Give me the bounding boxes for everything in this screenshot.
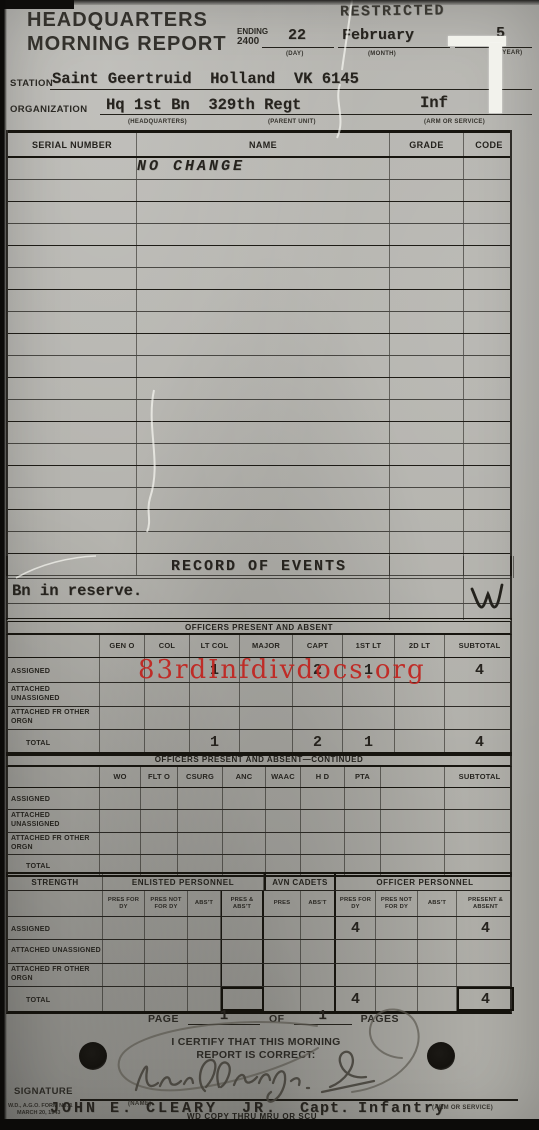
strength-subcol: PRES (264, 891, 301, 916)
strength-cell: 4 (457, 917, 514, 939)
officers-cell (145, 730, 190, 754)
officers-continued-cell (100, 788, 141, 809)
officers-cell (445, 707, 514, 729)
strength-cell (336, 964, 376, 986)
officers-continued-cell (100, 810, 141, 832)
strength-cell (145, 917, 188, 939)
officers-continued-cell (266, 833, 301, 854)
officers-cell: 1 (190, 658, 240, 682)
officers-continued-row: ASSIGNED (8, 788, 510, 810)
strength-cell (188, 964, 221, 986)
roster-col-grade: GRADE (390, 133, 464, 156)
continued-col: ANC (223, 767, 266, 787)
officers-continued-cell (178, 810, 223, 832)
strength-row-label: ATTACHED FR OTHER ORGN (8, 964, 103, 986)
strength-cell (103, 940, 145, 963)
roster-empty-row (8, 466, 510, 488)
roster-empty-row (8, 444, 510, 466)
form-title-line1: HEADQUARTERS (27, 9, 208, 32)
officers-cell (395, 658, 445, 682)
roster-empty-row (8, 224, 510, 246)
no-change-entry: NO CHANGE (137, 158, 390, 179)
roster-empty-row (8, 246, 510, 268)
day-sublabel: (DAY) (286, 51, 304, 57)
strength-row: ATTACHED FR OTHER ORGN (8, 964, 510, 987)
roster-table: SERIAL NUMBER NAME GRADE CODE NO CHANGE (6, 130, 512, 576)
strength-cell (264, 940, 301, 963)
officers-continued-row-label: ATTACHED UNASSIGNED (8, 810, 100, 832)
strength-cell (188, 940, 221, 963)
month-line (338, 30, 450, 48)
strength-cell: 4 (457, 987, 514, 1011)
photo-edge-bottom (0, 1119, 539, 1130)
strength-row-label: ATTACHED UNASSIGNED (8, 940, 103, 963)
officers-continued-cell (223, 788, 266, 809)
officers-band-title: OFFICERS PRESENT AND ABSENT (6, 618, 512, 635)
group-officer: OFFICER PERSONNEL (336, 874, 514, 890)
events-entry-row: Bn in reserve. (8, 579, 510, 604)
officers-row: TOTAL1214 (8, 730, 510, 754)
certify-line1: I CERTIFY THAT THIS MORNING (140, 1036, 372, 1049)
strength-cell (145, 964, 188, 986)
strength-row-label: ASSIGNED (8, 917, 103, 939)
officers-cell: 2 (293, 658, 343, 682)
strength-cell (103, 964, 145, 986)
officers-continued-table: WO FLT O CSURG ANC WAAC H D PTA SUBTOTAL… (6, 767, 512, 877)
officers-row: ATTACHED FR OTHER ORGN (8, 707, 510, 730)
strength-cell (264, 917, 301, 939)
roster-empty-row (8, 268, 510, 290)
officers-table: GEN O COL LT COL MAJOR CAPT 1ST LT 2D LT… (6, 635, 512, 756)
form-title-line2: MORNING REPORT (27, 33, 227, 56)
strength-row-label: TOTAL (8, 987, 103, 1011)
officers-continued-header-row: WO FLT O CSURG ANC WAAC H D PTA SUBTOTAL (8, 767, 510, 788)
officers-cell (293, 683, 343, 706)
roster-col-code: CODE (464, 133, 514, 156)
officers-cell (445, 683, 514, 706)
strength-group-header: STRENGTH ENLISTED PERSONNEL AVN CADETS O… (8, 874, 510, 891)
officers-continued-cell (345, 788, 381, 809)
officers-table-body: ASSIGNED1214ATTACHED UNASSIGNEDATTACHED … (8, 658, 510, 754)
strength-table-body: ASSIGNED44ATTACHED UNASSIGNEDATTACHED FR… (8, 917, 510, 1011)
officers-continued-cell (345, 833, 381, 854)
of-label: OF (269, 1013, 285, 1025)
officers-col: LT COL (190, 635, 240, 657)
group-avn-cadets: AVN CADETS (264, 874, 336, 890)
roster-empty-row (8, 356, 510, 378)
roster-empty-row (8, 532, 510, 554)
continued-col: CSURG (178, 767, 223, 787)
officers-cell (240, 658, 293, 682)
strength-cell (418, 964, 457, 986)
officers-row-label: ASSIGNED (8, 658, 100, 682)
punch-hole-right (427, 1042, 455, 1070)
ending-time: 2400 (237, 36, 259, 47)
continued-col: WO (100, 767, 141, 787)
strength-cell (376, 940, 418, 963)
strength-table: STRENGTH ENLISTED PERSONNEL AVN CADETS O… (6, 872, 512, 1014)
roster-empty-row (8, 378, 510, 400)
events-title-row: RECORD OF EVENTS (8, 556, 510, 579)
officers-cell (100, 730, 145, 754)
continued-col: PTA (345, 767, 381, 787)
strength-cell (103, 917, 145, 939)
morning-report-sheet: HEADQUARTERS MORNING REPORT RESTRICTED E… (0, 0, 539, 1130)
strength-cell (301, 917, 336, 939)
roster-empty-row (8, 400, 510, 422)
officers-row-label: ATTACHED FR OTHER ORGN (8, 707, 100, 729)
strength-cell (301, 940, 336, 963)
officers-cell (395, 707, 445, 729)
officers-row-label: ATTACHED UNASSIGNED (8, 683, 100, 706)
officers-continued-cell (345, 810, 381, 832)
officers-continued-cell (141, 788, 178, 809)
strength-row: ATTACHED UNASSIGNED (8, 940, 510, 964)
officers-continued-cell (178, 788, 223, 809)
officers-cell (343, 707, 395, 729)
strength-cell (418, 940, 457, 963)
events-entry: Bn in reserve. (12, 582, 142, 600)
continued-col: FLT O (141, 767, 178, 787)
roster-empty-row (8, 510, 510, 532)
officers-continued-body: ASSIGNEDATTACHED UNASSIGNEDATTACHED FR O… (8, 788, 510, 875)
strength-subcol: PRES FOR DY (103, 891, 145, 916)
station-line (50, 72, 532, 90)
roster-col-serial: SERIAL NUMBER (8, 133, 137, 156)
continued-col: H D (301, 767, 345, 787)
officers-cell (145, 707, 190, 729)
roster-col-name: NAME (137, 133, 390, 156)
officers-col: GEN O (100, 635, 145, 657)
officers-cell (343, 683, 395, 706)
strength-cell (376, 964, 418, 986)
officers-cell: 4 (445, 658, 514, 682)
officers-cell (293, 707, 343, 729)
officers-col: SUBTOTAL (445, 635, 514, 657)
officers-col: MAJOR (240, 635, 293, 657)
roster-empty-row (8, 202, 510, 224)
roster-empty-row (8, 488, 510, 510)
continued-col: WAAC (266, 767, 301, 787)
officers-cell (240, 683, 293, 706)
organization-line (100, 97, 532, 115)
officers-cell (395, 730, 445, 754)
strength-cell: 4 (336, 917, 376, 939)
arm-service-sublabel-bottom: (ARM OR SERVICE) (432, 1105, 493, 1111)
strength-cell (221, 917, 264, 939)
strength-subheader-row: PRES FOR DY PRES NOT FOR DY ABS'T PRES &… (8, 891, 510, 917)
strength-cell (418, 987, 457, 1011)
strength-cell (301, 964, 336, 986)
record-of-events: RECORD OF EVENTS Bn in reserve. (6, 556, 512, 620)
strength-cell (457, 964, 514, 986)
officers-cell (145, 683, 190, 706)
strength-title: STRENGTH (8, 874, 103, 890)
continued-col (381, 767, 445, 787)
organization-label: ORGANIZATION (10, 104, 87, 115)
strength-cell (221, 964, 264, 986)
officers-continued-cell (141, 833, 178, 854)
officers-row-label: TOTAL (8, 730, 100, 754)
strength-cell (264, 964, 301, 986)
certify-statement: I CERTIFY THAT THIS MORNING REPORT IS CO… (140, 1036, 372, 1062)
strength-subcol: PRESENT & ABSENT (457, 891, 514, 916)
events-title: RECORD OF EVENTS (8, 558, 510, 575)
year-sublabel: (YEAR) (500, 50, 522, 56)
officers-continued-cell (445, 833, 514, 854)
officers-row: ASSIGNED1214 (8, 658, 510, 683)
officers-continued-cell (301, 810, 345, 832)
continued-col: SUBTOTAL (445, 767, 514, 787)
officers-continued-cell (178, 833, 223, 854)
officers-cell (240, 707, 293, 729)
punch-hole-left (79, 1042, 107, 1070)
strength-subcol: ABS'T (301, 891, 336, 916)
page-label: PAGE (148, 1013, 179, 1025)
officers-continued-cell (223, 810, 266, 832)
officers-cell (100, 707, 145, 729)
officers-continued-row-label: ATTACHED FR OTHER ORGN (8, 833, 100, 854)
officers-cell (100, 683, 145, 706)
officers-continued-row: ATTACHED FR OTHER ORGN (8, 833, 510, 855)
officers-continued-band-title: OFFICERS PRESENT AND ABSENT—CONTINUED (6, 752, 512, 767)
group-enlisted: ENLISTED PERSONNEL (103, 874, 264, 890)
strength-subcol: PRES NOT FOR DY (376, 891, 418, 916)
officers-continued-cell (301, 833, 345, 854)
officers-continued-cell (266, 810, 301, 832)
station-label: STATION (10, 78, 53, 89)
officers-col: CAPT (293, 635, 343, 657)
arm-service-sublabel: (ARM OR SERVICE) (424, 119, 485, 125)
white-tape-vertical (489, 43, 502, 113)
officers-continued-cell (381, 833, 445, 854)
strength-cell (103, 987, 145, 1011)
officers-cell: 1 (190, 730, 240, 754)
officers-cell: 4 (445, 730, 514, 754)
officers-continued-cell (381, 788, 445, 809)
officers-continued-cell (223, 833, 266, 854)
strength-cell (376, 917, 418, 939)
officers-cell (240, 730, 293, 754)
strength-cell (145, 940, 188, 963)
strength-subcol: PRES NOT FOR DY (145, 891, 188, 916)
officers-continued-cell (381, 810, 445, 832)
pages-value: 1 (294, 1008, 352, 1025)
roster-empty-row (8, 422, 510, 444)
certify-line2: REPORT IS CORRECT: (140, 1049, 372, 1062)
photo-edge-left (0, 0, 7, 1130)
officers-cell (395, 683, 445, 706)
officers-cell (190, 683, 240, 706)
officers-cell (100, 658, 145, 682)
strength-cell (418, 917, 457, 939)
photo-edge-top (0, 0, 539, 5)
month-sublabel: (MONTH) (368, 51, 396, 57)
officers-col: 2D LT (395, 635, 445, 657)
strength-subcol: PRES FOR DY (336, 891, 376, 916)
photo-edge-top-left (0, 0, 74, 9)
strength-cell (336, 940, 376, 963)
roster-header-row: SERIAL NUMBER NAME GRADE CODE (8, 130, 510, 158)
roster-row-no-change: NO CHANGE (8, 158, 510, 180)
strength-subcol: PRES & ABS'T (221, 891, 264, 916)
page-row: PAGE 1 OF 1 PAGES (148, 1008, 399, 1025)
roster-empty-row (8, 312, 510, 334)
strength-cell (457, 940, 514, 963)
officers-cell (190, 707, 240, 729)
strength-cell (221, 940, 264, 963)
officers-continued-row: ATTACHED UNASSIGNED (8, 810, 510, 833)
roster-body: NO CHANGE (8, 158, 510, 576)
officers-row: ATTACHED UNASSIGNED (8, 683, 510, 707)
officers-continued-cell (445, 788, 514, 809)
roster-empty-row (8, 180, 510, 202)
roster-empty-row (8, 334, 510, 356)
restricted-stamp: RESTRICTED (340, 2, 445, 20)
officers-continued-cell (445, 810, 514, 832)
parent-unit-sublabel: (PARENT UNIT) (268, 119, 316, 125)
officers-continued-row-label: ASSIGNED (8, 788, 100, 809)
officers-continued-cell (266, 788, 301, 809)
roster-empty-row (8, 290, 510, 312)
strength-cell (188, 917, 221, 939)
day-line (262, 30, 334, 48)
officers-cell: 2 (293, 730, 343, 754)
signature-label: SIGNATURE (14, 1086, 73, 1097)
officers-cell: 1 (343, 658, 395, 682)
officers-continued-cell (100, 833, 141, 854)
officers-cell: 1 (343, 730, 395, 754)
officers-header-row: GEN O COL LT COL MAJOR CAPT 1ST LT 2D LT… (8, 635, 510, 658)
strength-row: ASSIGNED44 (8, 917, 510, 940)
headquarters-sublabel: (HEADQUARTERS) (128, 119, 187, 125)
strength-subcol: ABS'T (188, 891, 221, 916)
officers-continued-cell (301, 788, 345, 809)
officers-col: COL (145, 635, 190, 657)
page-value: 1 (188, 1008, 260, 1025)
officers-cell (145, 658, 190, 682)
pages-label: PAGES (361, 1013, 399, 1025)
officers-col: 1ST LT (343, 635, 395, 657)
officers-continued-cell (141, 810, 178, 832)
strength-subcol: ABS'T (418, 891, 457, 916)
